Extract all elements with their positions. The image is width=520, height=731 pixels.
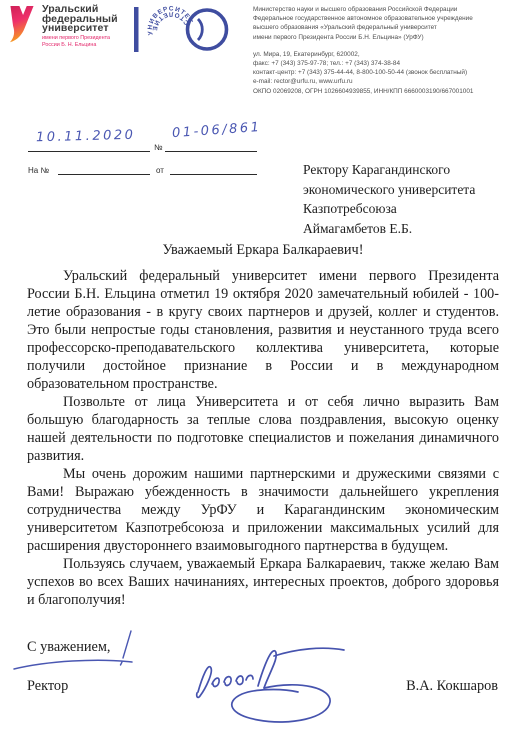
contact-block: ул. Мира, 19, Екатеринбург, 620002, факс…	[253, 50, 515, 96]
centenary-ring	[188, 10, 227, 49]
reply-date-underline	[170, 158, 257, 175]
recipient-line: Ректору Карагандинского	[303, 160, 508, 180]
recipient-block: Ректору Карагандинского экономического у…	[303, 160, 508, 238]
signer-name: В.А. Кокшаров	[347, 678, 498, 695]
logo-title-line: университет	[42, 24, 118, 34]
contact-line: факс: +7 (343) 375-97-78; тел.: +7 (343)…	[253, 59, 515, 68]
contact-line: контакт-центр: +7 (343) 375-44-44, 8-800…	[253, 68, 515, 77]
body-paragraph: Мы очень дорожим нашими партнерскими и д…	[27, 465, 499, 555]
number-label: №	[154, 143, 163, 152]
letter-body: Уважаемый Еркара Балкараевич! Уральский …	[27, 242, 499, 609]
ministry-line: Федеральное государственное автономное о…	[253, 14, 515, 23]
salutation: Уважаемый Еркара Балкараевич!	[27, 242, 499, 259]
reply-from-label: от	[156, 166, 164, 175]
recipient-line: Казпотребсоюза	[303, 199, 508, 219]
centenary-digit-1	[134, 7, 139, 52]
recipient-line: экономического университета	[303, 180, 508, 200]
number-underline	[165, 135, 257, 152]
letter-page: Уральский федеральный университет имени …	[0, 0, 520, 731]
body-paragraph: Уральский федеральный университет имени …	[27, 267, 499, 393]
signer-title: Ректор	[27, 678, 68, 695]
contact-line: ОКПО 02069208, ОГРН 1026604939855, ИНН/К…	[253, 87, 515, 96]
urfu-logo-mark	[9, 5, 35, 47]
recipient-line: Аймагамбетов Е.Б.	[303, 219, 508, 239]
body-paragraph: Позвольте от лица Университета и от себя…	[27, 393, 499, 465]
ministry-line: Министерство науки и высшего образования…	[253, 5, 515, 14]
ministry-line: имени первого Президента России Б.Н. Ель…	[253, 33, 515, 42]
reply-number-underline	[58, 158, 150, 175]
logo-subtitle-line: России Б. Н. Ельцина	[42, 42, 118, 48]
contact-line: ул. Мира, 19, Екатеринбург, 620002,	[253, 50, 515, 59]
logo-subtitle-line: имени первого Президента	[42, 35, 118, 41]
urfu-logo-text: Уральский федеральный университет имени …	[42, 5, 118, 48]
body-paragraph: Пользуясь случаем, уважаемый Еркара Балк…	[27, 555, 499, 609]
urfu-logo: Уральский федеральный университет имени …	[9, 5, 118, 48]
ministry-line: высшего образования «Уральский федеральн…	[253, 23, 515, 32]
closing-phrase: С уважением,	[27, 639, 110, 656]
sender-requisites: Министерство науки и высшего образования…	[253, 5, 515, 96]
centenary-inner-arc	[198, 19, 202, 40]
reply-to-label: На №	[28, 166, 49, 175]
handwritten-underline-swoosh	[12, 657, 136, 671]
date-underline	[28, 135, 150, 152]
centenary-100-logo: УНИВЕРСИТЕТА СТОЛЕТИЕ	[131, 4, 237, 56]
signature-autograph	[180, 644, 348, 730]
contact-line: e-mail: rector@urfu.ru, www.urfu.ru	[253, 77, 515, 86]
